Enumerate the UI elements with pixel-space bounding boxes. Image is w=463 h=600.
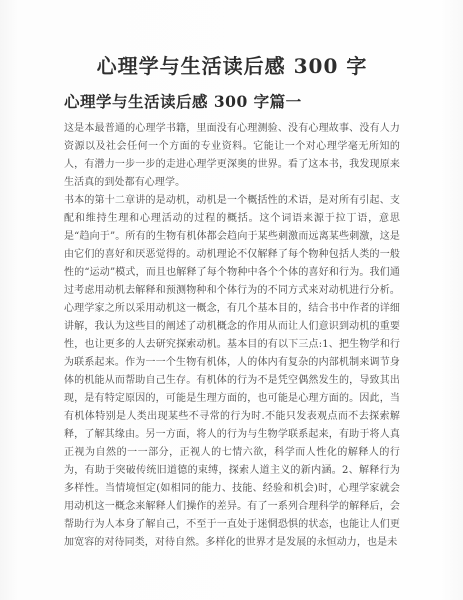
document-body: 这是本最普通的心理学书籍，里面没有心理测验、没有心理故事、没有人力资源以及社会任… (64, 120, 400, 552)
paragraph-1: 这是本最普通的心理学书籍，里面没有心理测验、没有心理故事、没有人力资源以及社会任… (64, 120, 400, 192)
section-heading: 心理学与生活读后感 300 字篇一 (64, 90, 400, 112)
paragraph-2: 书本的第十二章讲的是动机，动机是一个概括性的术语，是对所有引起、支配和维持生理和… (64, 192, 400, 552)
document-title: 心理学与生活读后感 300 字 (64, 50, 400, 79)
document-page: 心理学与生活读后感 300 字 心理学与生活读后感 300 字篇一 这是本最普通… (0, 0, 463, 600)
